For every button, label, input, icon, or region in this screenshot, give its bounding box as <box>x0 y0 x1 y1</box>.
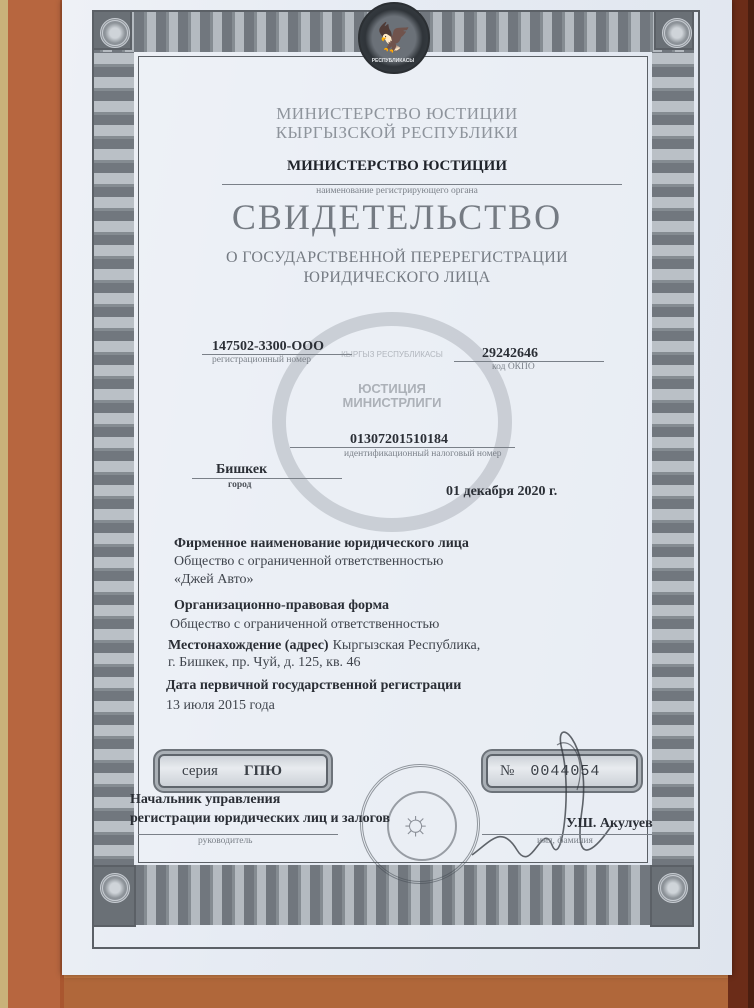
city-name: Бишкек <box>216 462 267 478</box>
first-registration-label: Дата первичной государственной регистрац… <box>166 678 461 694</box>
corner-rosette-icon <box>92 10 132 50</box>
first-registration-value: 13 июля 2015 года <box>166 698 275 714</box>
handwritten-signature-icon <box>462 730 622 870</box>
series-label: серия <box>182 763 218 780</box>
series-plaque: серия ГПЮ <box>158 754 328 788</box>
legal-form-value: Общество с ограниченной ответственностью <box>170 617 439 633</box>
subtitle-line-1: О ГОСУДАРСТВЕННОЙ ПЕРЕРЕГИСТРАЦИИ <box>62 248 732 268</box>
divider <box>138 834 338 835</box>
corner-rosette-icon <box>654 10 694 50</box>
watermark-line-2: МИНИСТРЛИГИ <box>312 396 472 410</box>
city-caption: город <box>228 480 251 490</box>
address-label: Местонахождение (адрес) <box>168 638 329 653</box>
watermark-line-1: ЮСТИЦИЯ <box>312 382 472 396</box>
signatory-name: У.Ш. Акулуев <box>566 816 653 832</box>
divider <box>192 478 342 479</box>
tax-id-caption: идентификационный налоговый номер <box>344 449 502 459</box>
registration-number: 147502-3300-ООО <box>212 339 324 355</box>
issue-date: 01 декабря 2020 г. <box>446 484 557 500</box>
series-value: ГПЮ <box>244 763 282 780</box>
signatory-position-caption: руководитель <box>198 836 253 846</box>
signatory-position-line-2: регистрации юридических лиц и залогов <box>130 811 390 827</box>
registration-number-caption: регистрационный номер <box>212 355 311 365</box>
emblem-caption: РЕСПУБЛИКАСЫ <box>366 58 420 64</box>
tax-id-number: 01307201510184 <box>350 432 448 448</box>
signatory-position-line-1: Начальник управления <box>130 792 280 808</box>
certificate-document: 🦅 РЕСПУБЛИКАСЫ МИНИСТЕРСТВО ЮСТИЦИИ КЫРГ… <box>62 0 732 975</box>
registering-body-caption: наименование регистрирующего органа <box>62 186 732 196</box>
legal-form-label: Организационно-правовая форма <box>174 598 389 614</box>
subtitle-line-2: ЮРИДИЧЕСКОГО ЛИЦА <box>62 268 732 288</box>
company-name-line-2: «Джей Авто» <box>174 572 254 588</box>
certificate-title: СВИДЕТЕЛЬСТВО <box>62 196 732 238</box>
ministry-line-1: МИНИСТЕРСТВО ЮСТИЦИИ <box>62 104 732 123</box>
corner-rosette-icon <box>650 865 694 927</box>
certificate-subtitle: О ГОСУДАРСТВЕННОЙ ПЕРЕРЕГИСТРАЦИИ ЮРИДИЧ… <box>62 248 732 288</box>
watermark-text: ЮСТИЦИЯ МИНИСТРЛИГИ <box>312 382 472 410</box>
okpo-code: 29242646 <box>482 346 538 362</box>
stamp-emblem-icon: ☼ <box>400 805 431 843</box>
divider <box>482 834 652 835</box>
okpo-caption: код ОКПО <box>492 362 535 372</box>
signatory-name-caption: имя, фамилия <box>537 836 593 846</box>
address-value-line-1: Кыргызская Республика, <box>333 638 481 653</box>
company-name-line-1: Общество с ограниченной ответственностью <box>174 554 443 570</box>
divider <box>290 447 515 448</box>
address-row: Местонахождение (адрес) Кыргызская Респу… <box>168 636 480 654</box>
corner-rosette-icon <box>92 865 136 927</box>
address-value-line-2: г. Бишкек, пр. Чуй, д. 125, кв. 46 <box>168 655 361 671</box>
divider <box>222 184 622 185</box>
ministry-heading: МИНИСТЕРСТВО ЮСТИЦИИ КЫРГЫЗСКОЙ РЕСПУБЛИ… <box>62 104 732 142</box>
company-name-label: Фирменное наименование юридического лица <box>174 536 469 552</box>
registering-body: МИНИСТЕРСТВО ЮСТИЦИИ <box>62 158 732 175</box>
ministry-line-2: КЫРГЫЗСКОЙ РЕСПУБЛИКИ <box>62 123 732 142</box>
